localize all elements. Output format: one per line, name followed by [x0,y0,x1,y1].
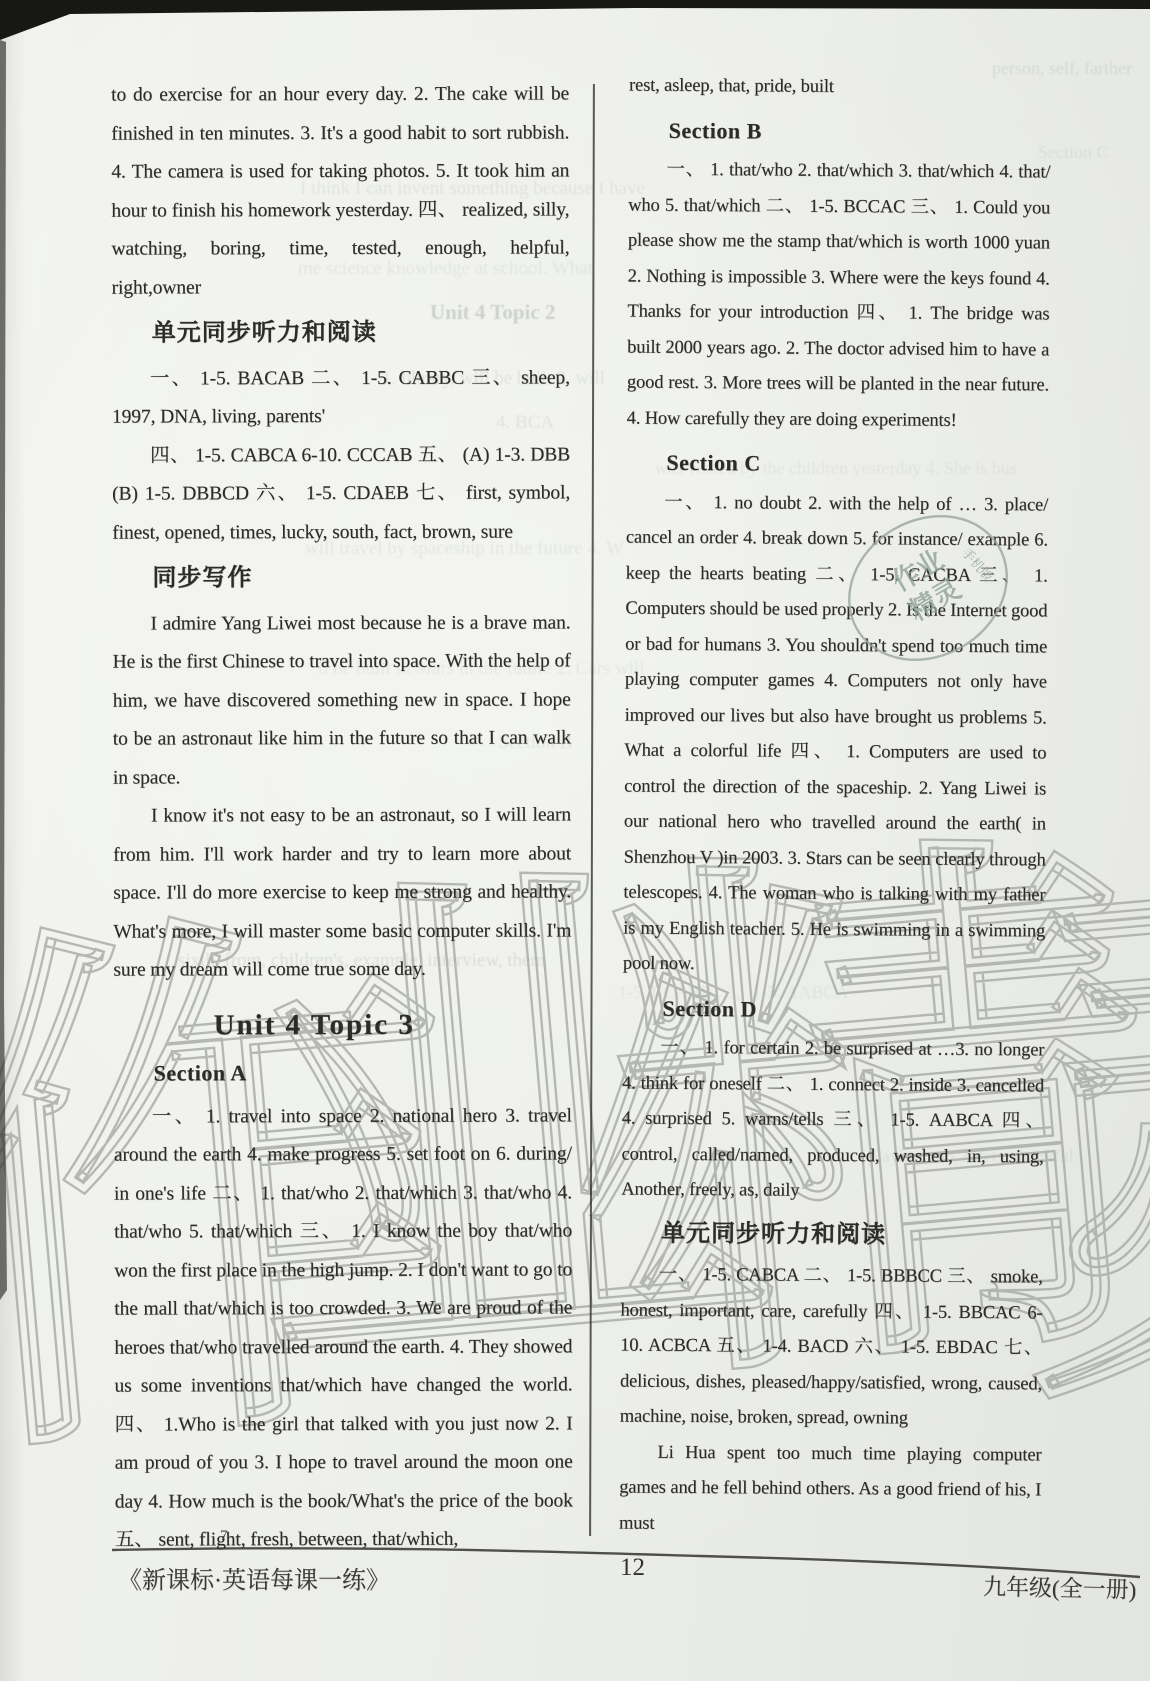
heading-sync-writing: 同步写作 [152,558,570,598]
heading-section-d: Section D [662,990,1044,1028]
page-number: 12 [620,1554,645,1582]
paragraph: 一、 1-5. BACAB 二、 1-5. CABBC 三、 sheep, 19… [112,359,570,437]
paragraph: to do exercise for an hour every day. 2.… [111,75,570,307]
footer-grade-label: 九年级(全一册) [983,1568,1137,1604]
heading-section-c: Section C [666,445,1048,483]
paragraph: 一、 1. for certain 2. be surprised at …3.… [621,1031,1044,1211]
paragraph: 一、 1. no doubt 2. with the help of … 3. … [623,485,1048,985]
paragraph: I know it's not easy to be an astronaut,… [113,796,572,990]
paragraph: 一、 1. travel into space 2. national hero… [114,1097,573,1560]
paragraph: Li Hua spent too much time playing compu… [619,1435,1042,1544]
footer-book-title: 《新课标·英语每课一练》 [118,1560,390,1595]
paragraph: 一、 1-5. CABCA 二、 1-5. BBBCC 三、 smoke, ho… [620,1258,1043,1438]
heading-unit-listening-reading: 单元同步听力和阅读 [661,1215,1043,1253]
left-column: to do exercise for an hour every day. 2.… [111,75,573,1560]
footer-tick-mark: 7 [220,1528,228,1545]
heading-section-b: Section B [669,112,1051,150]
paragraph: 一、 1. that/who 2. that/which 3. that/whi… [627,153,1051,440]
heading-unit-listening-reading: 单元同步听力和阅读 [152,313,570,353]
heading-section-a: Section A [154,1053,572,1093]
paragraph: I admire Yang Liwei most because he is a… [112,604,571,798]
right-column: rest, asleep, that, pride, built Section… [619,69,1051,1545]
paragraph: rest, asleep, that, pride, built [629,69,1051,107]
paragraph: 四、 1-5. CABCA 6-10. CCCAB 五、 (A) 1-3. DB… [112,436,570,553]
heading-unit4-topic3: Unit 4 Topic 3 [213,1005,571,1044]
